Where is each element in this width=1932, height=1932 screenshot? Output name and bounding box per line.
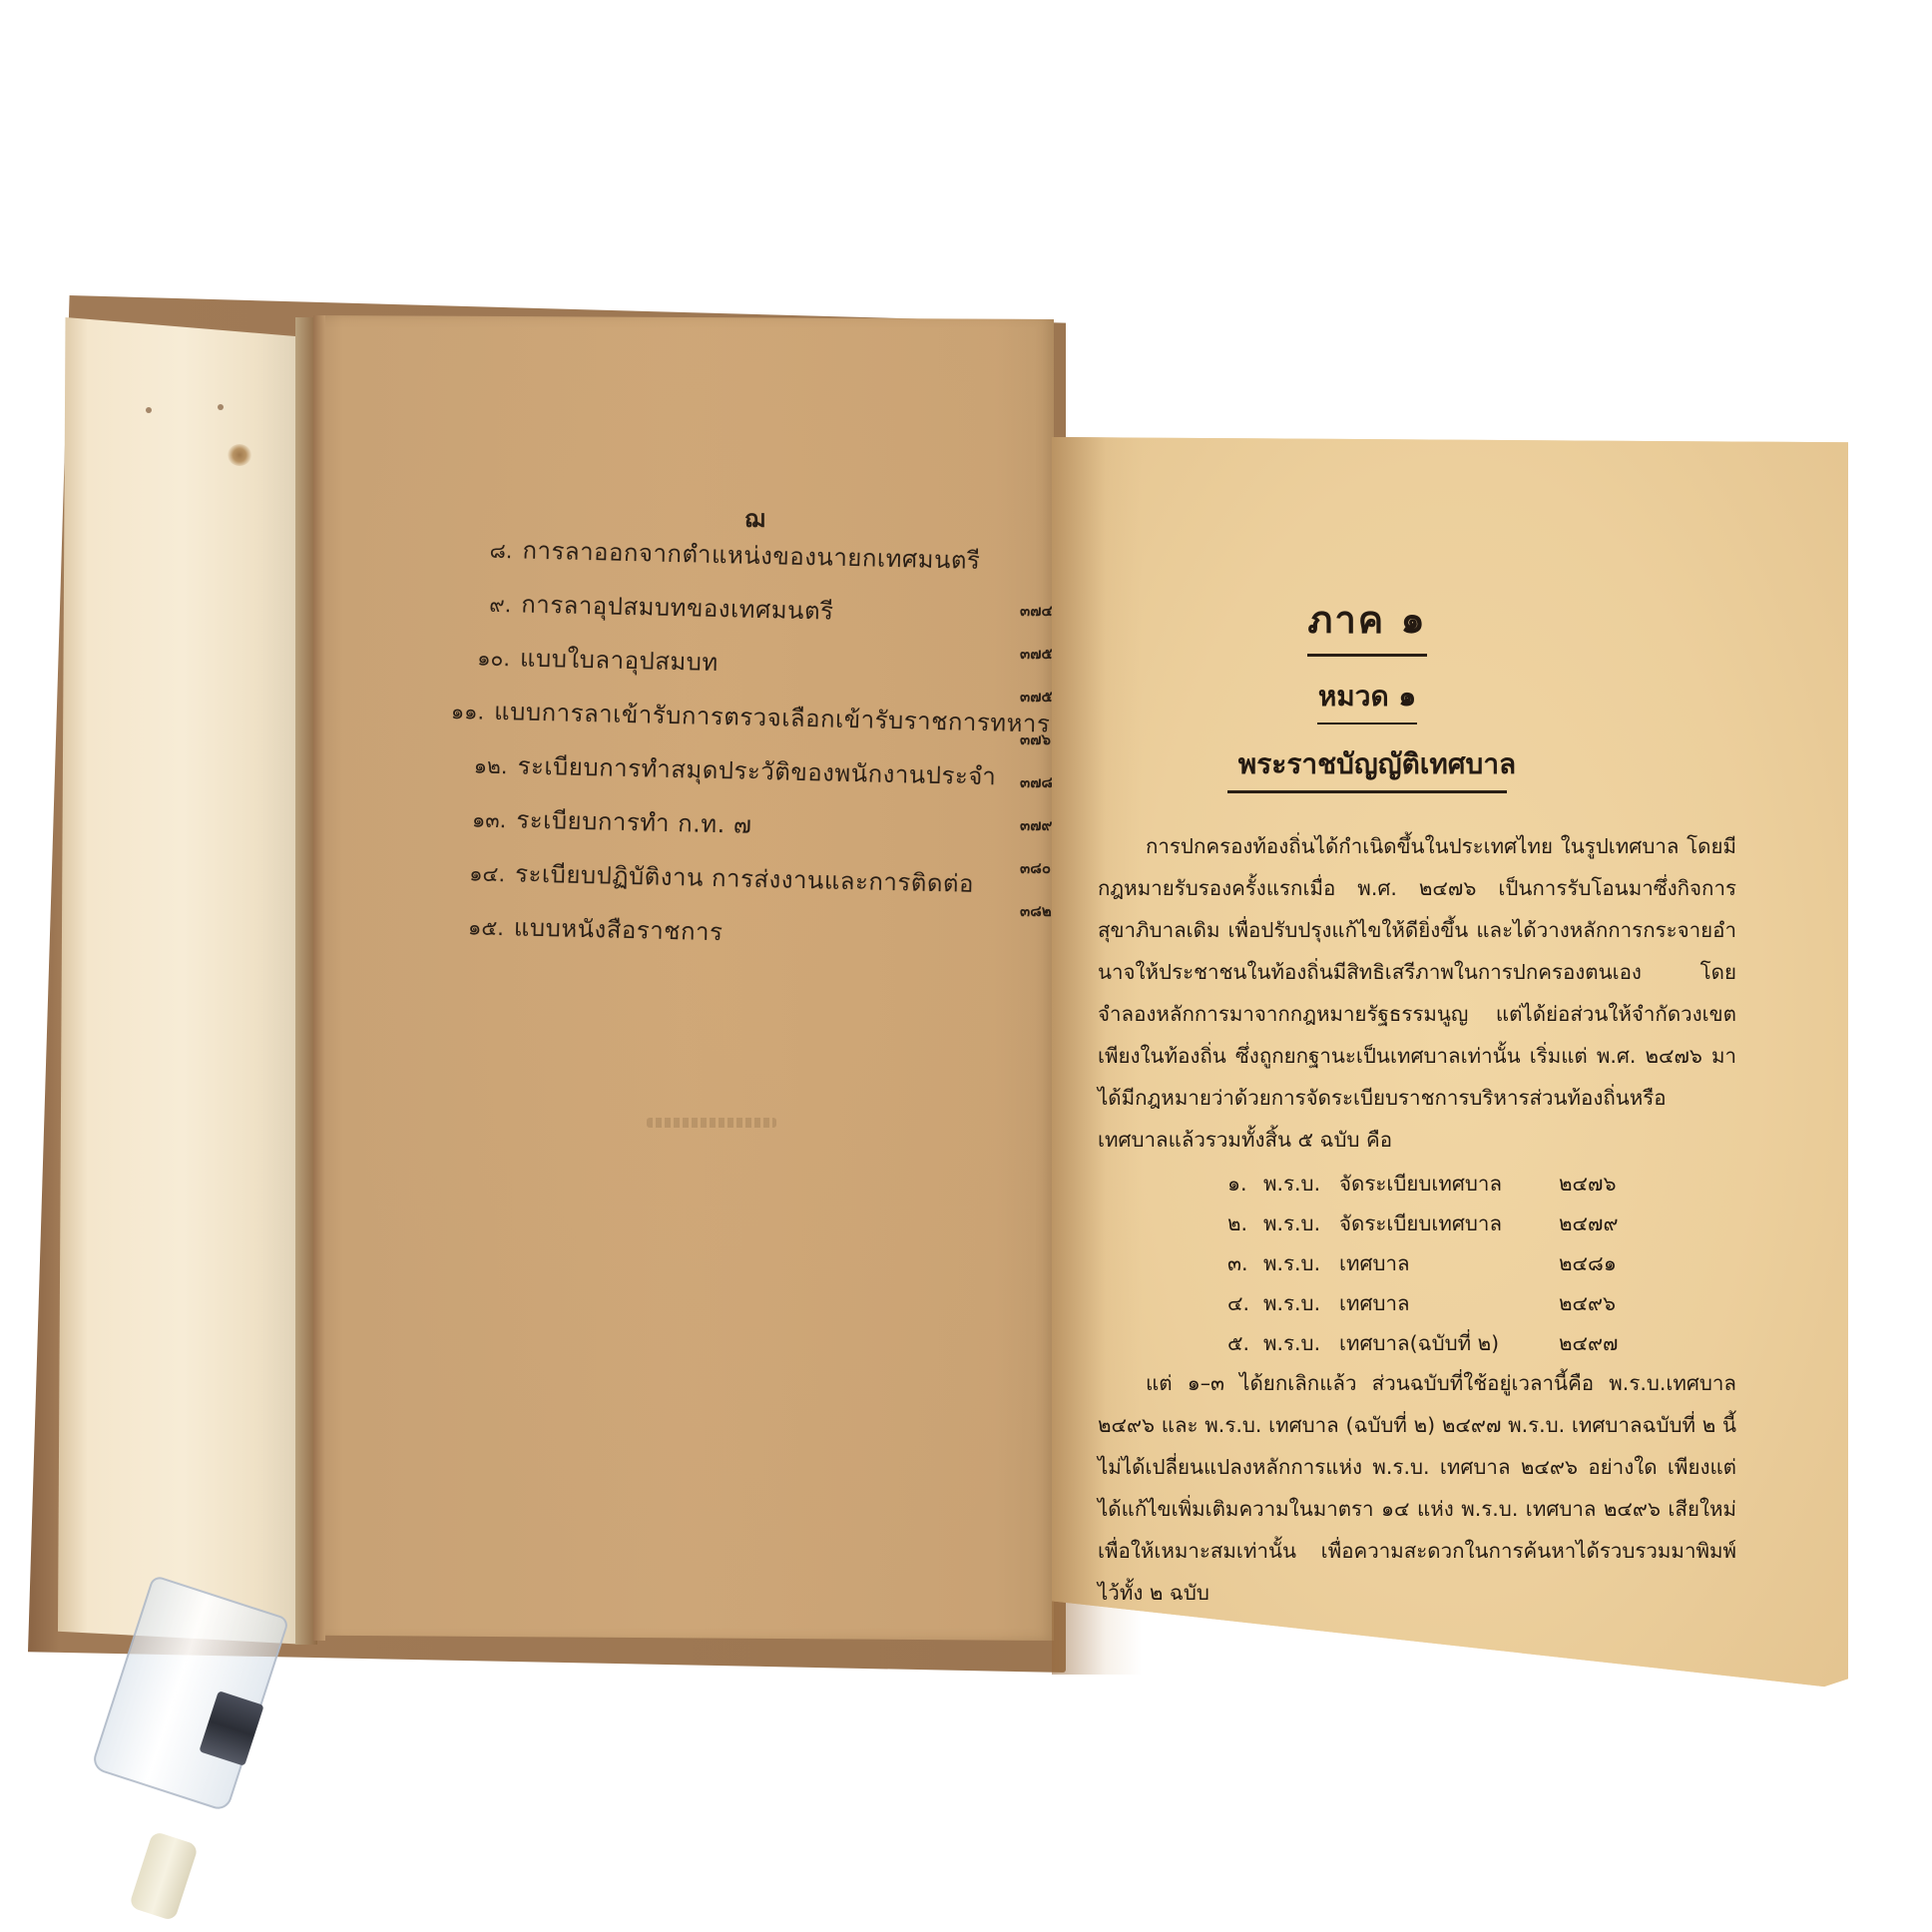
toc-number: ๙. bbox=[453, 588, 522, 623]
endpaper-speck bbox=[218, 404, 224, 410]
right-page-content: ภาค ๑ หมวด ๑ พระราชบัญญัติเทศบาล การปกคร… bbox=[1098, 589, 1776, 1614]
toc-page-number: ๓๘๒ bbox=[1020, 899, 1054, 942]
law-item: ๒. พ.ร.บ. จัดระเบียบเทศบาล ๒๔๗๙ bbox=[1227, 1203, 1736, 1242]
table-of-contents: ๘. การลาออกจากตำแหน่งของนายกเทศมนตรี ๙. … bbox=[445, 529, 1014, 973]
toc-page-number: ๓๗๕ bbox=[1020, 642, 1054, 685]
toc-number: ๑๑. bbox=[450, 696, 494, 729]
toc-number: ๑๕. bbox=[446, 911, 515, 946]
part-title: ภาค ๑ bbox=[1217, 589, 1517, 650]
left-page bbox=[313, 315, 1054, 1641]
law-item: ๔. พ.ร.บ. เทศบาล ๒๔๙๖ bbox=[1227, 1282, 1736, 1322]
law-year: ๒๔๙๖ bbox=[1559, 1282, 1639, 1324]
toc-number: ๑๓. bbox=[448, 803, 517, 838]
law-list: ๑. พ.ร.บ. จัดระเบียบเทศบาล ๒๔๗๖ ๒. พ.ร.บ… bbox=[1227, 1163, 1736, 1362]
law-abbreviation: พ.ร.บ. bbox=[1263, 1242, 1339, 1284]
endpaper-speck bbox=[146, 407, 152, 413]
toc-page-numbers: ๓๗๔ ๓๗๕ ๓๗๕ ๓๗๖ ๓๗๘ ๓๗๙ ๓๘๐ ๓๘๒ bbox=[1020, 599, 1054, 942]
page-letter: ฌ bbox=[744, 499, 765, 538]
law-number: ๒. bbox=[1227, 1203, 1263, 1244]
toc-page-number: ๓๗๕ bbox=[1020, 685, 1054, 727]
chapter-title: หมวด ๑ bbox=[1217, 675, 1517, 719]
part-title-rule bbox=[1307, 654, 1427, 657]
left-page-edge bbox=[313, 315, 325, 1641]
body-text: การปกครองท้องถิ่นได้กำเนิดขึ้นในประเทศไท… bbox=[1098, 825, 1736, 1614]
endpaper-stain bbox=[228, 444, 251, 466]
law-number: ๔. bbox=[1227, 1282, 1263, 1324]
law-abbreviation: พ.ร.บ. bbox=[1263, 1322, 1339, 1364]
toc-number: ๑๒. bbox=[449, 749, 518, 784]
toc-page-number: ๓๗๘ bbox=[1020, 770, 1054, 813]
paragraph: แต่ ๑–๓ ได้ยกเลิกแล้ว ส่วนฉบับที่ใช้อยู่… bbox=[1098, 1362, 1736, 1614]
law-item: ๕. พ.ร.บ. เทศบาล(ฉบับที่ ๒) ๒๔๙๗ bbox=[1227, 1322, 1736, 1362]
show-through-mark bbox=[647, 1118, 776, 1128]
clip-stem bbox=[129, 1831, 199, 1922]
law-year: ๒๔๙๗ bbox=[1559, 1322, 1639, 1364]
law-abbreviation: พ.ร.บ. bbox=[1263, 1163, 1339, 1205]
law-number: ๑. bbox=[1227, 1163, 1263, 1205]
endpaper bbox=[58, 317, 307, 1645]
toc-number: ๘. bbox=[454, 534, 523, 569]
law-year: ๒๔๗๖ bbox=[1559, 1163, 1639, 1205]
act-title: พระราชบัญญัติเทศบาล bbox=[1098, 742, 1657, 786]
toc-number: ๑๐. bbox=[452, 642, 521, 677]
law-name: เทศบาล(ฉบับที่ ๒) bbox=[1339, 1322, 1559, 1364]
act-title-rule bbox=[1227, 790, 1507, 793]
law-number: ๓. bbox=[1227, 1242, 1263, 1284]
toc-page-number: ๓๗๔ bbox=[1020, 599, 1054, 642]
law-year: ๒๔๗๙ bbox=[1559, 1203, 1639, 1244]
law-item: ๓. พ.ร.บ. เทศบาล ๒๔๘๑ bbox=[1227, 1242, 1736, 1282]
toc-number: ๑๔. bbox=[447, 857, 516, 892]
law-name: จัดระเบียบเทศบาล bbox=[1339, 1163, 1559, 1205]
law-item: ๑. พ.ร.บ. จัดระเบียบเทศบาล ๒๔๗๖ bbox=[1227, 1163, 1736, 1203]
law-name: เทศบาล bbox=[1339, 1242, 1559, 1284]
toc-page-number: ๓๗๖ bbox=[1020, 727, 1054, 770]
law-abbreviation: พ.ร.บ. bbox=[1263, 1203, 1339, 1244]
chapter-title-rule bbox=[1317, 723, 1417, 724]
law-year: ๒๔๘๑ bbox=[1559, 1242, 1639, 1284]
toc-page-number: ๓๗๙ bbox=[1020, 813, 1054, 856]
toc-page-number: ๓๘๐ bbox=[1020, 856, 1054, 899]
law-name: เทศบาล bbox=[1339, 1282, 1559, 1324]
law-abbreviation: พ.ร.บ. bbox=[1263, 1282, 1339, 1324]
paragraph: การปกครองท้องถิ่นได้กำเนิดขึ้นในประเทศไท… bbox=[1098, 825, 1736, 1161]
law-number: ๕. bbox=[1227, 1322, 1263, 1364]
law-name: จัดระเบียบเทศบาล bbox=[1339, 1203, 1559, 1244]
